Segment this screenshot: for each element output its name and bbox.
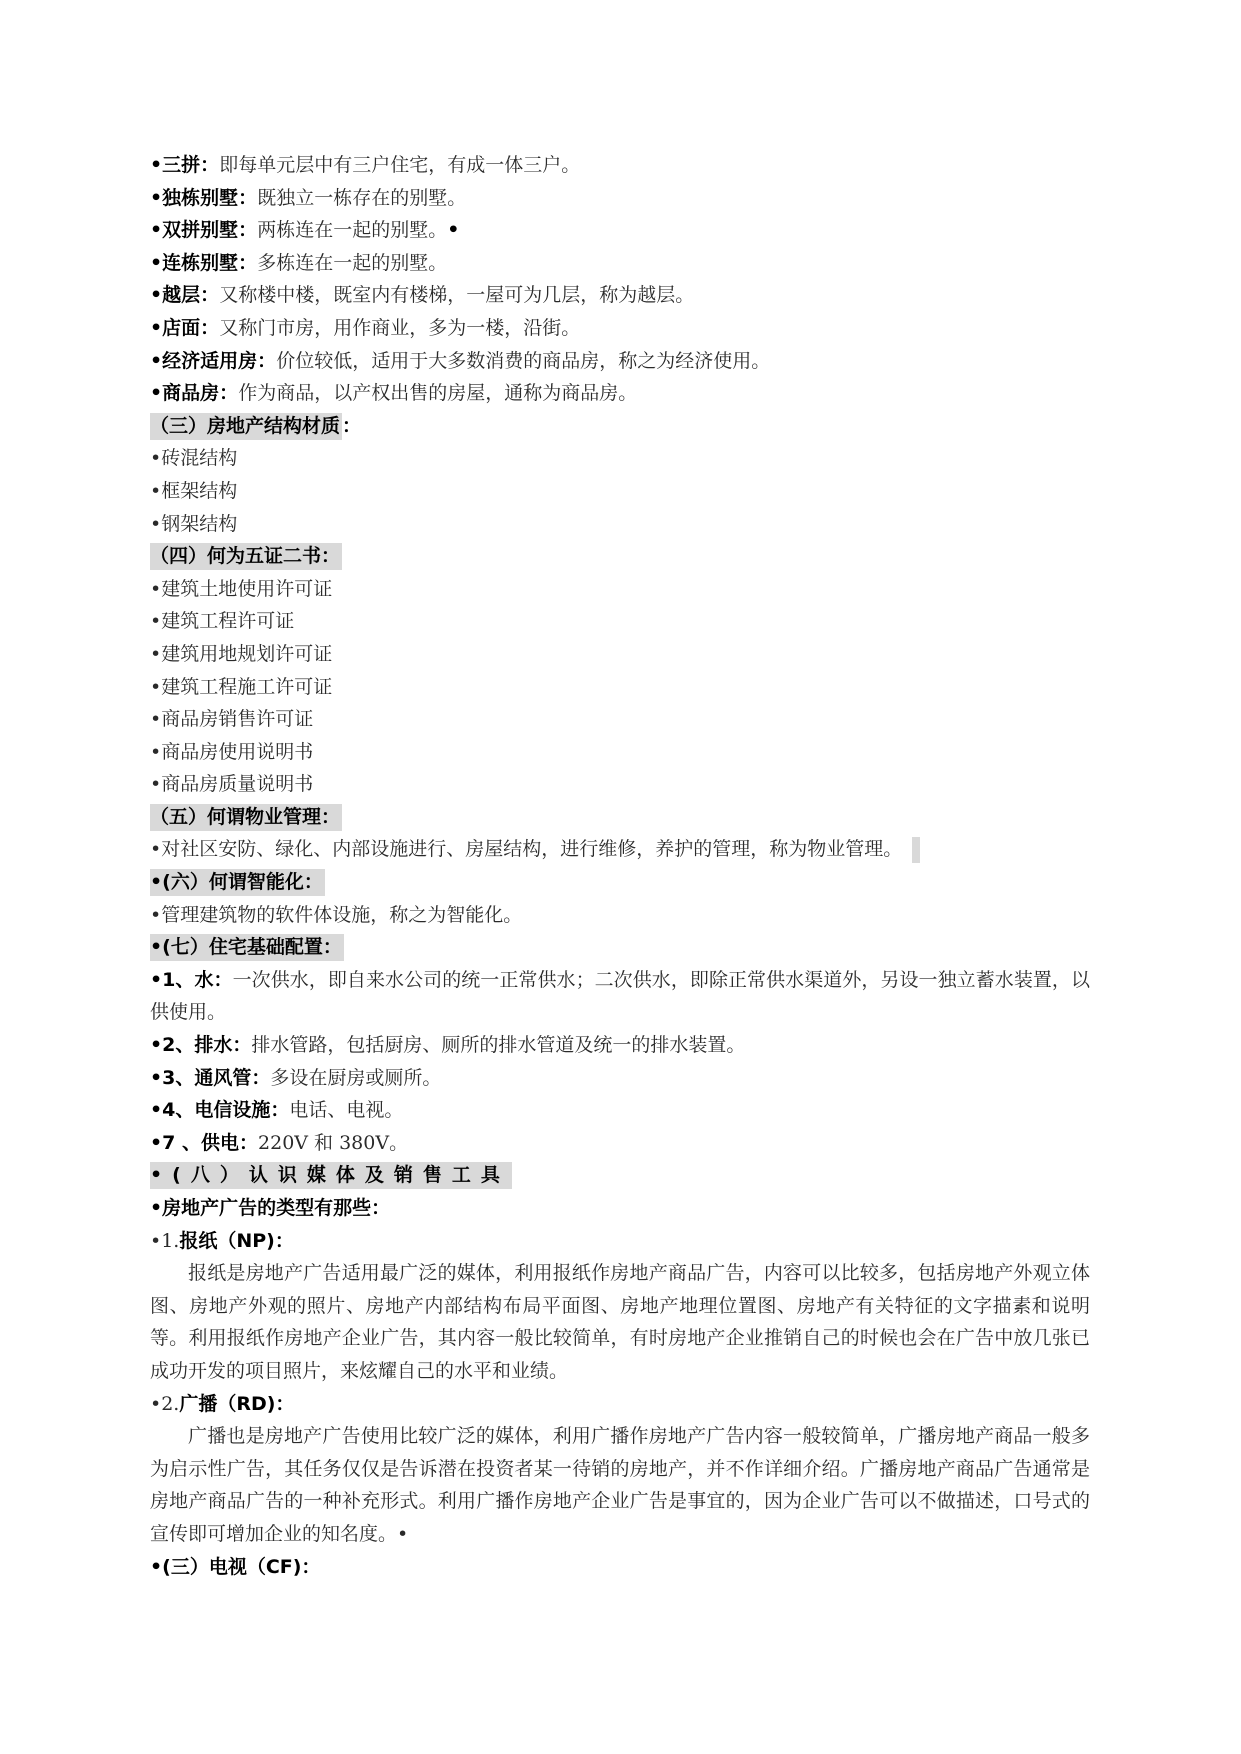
section-heading: •(六）何谓智能化： (150, 869, 325, 896)
definition-term: 经济适用房 (162, 350, 257, 372)
section-heading: （五）何谓物业管理： (150, 804, 342, 831)
bullet: • (150, 154, 162, 176)
document-page: •三拼：即每单元层中有三户住宅，有成一体三户。 •独栋别墅：既独立一栋存在的别墅… (150, 149, 1090, 1583)
media-paragraph-radio: 广播也是房地产广告使用比较广泛的媒体，利用广播作房地产广告内容一般较简单，广播房… (150, 1420, 1090, 1550)
facility-item: •1、水：一次供水，即自来水公司的统一正常供水；二次供水，即除正常供水渠道外，另… (150, 964, 1090, 1029)
section-text: •对社区安防、绿化、内部设施进行、房屋结构，进行维修，养护的管理，称为物业管理。 (150, 833, 1090, 866)
definition-desc: 价位较低，适用于大多数消费的商品房，称之为经济使用。 (276, 350, 770, 372)
list-item: •商品房销售许可证 (150, 703, 1090, 736)
section-media-tools: •(八）认识媒体及销售工具 •房地产广告的类型有那些： •1.报纸（NP)： 报… (150, 1159, 1090, 1583)
section-heading: （四）何为五证二书： (150, 543, 342, 570)
list-item: •建筑工程施工许可证 (150, 671, 1090, 704)
facility-item: •7 、供电：220V 和 380V。 (150, 1127, 1090, 1160)
section-heading: •(七）住宅基础配置： (150, 934, 344, 961)
section-heading: •(八）认识媒体及销售工具 (150, 1162, 512, 1189)
definition-term: 双拼别墅 (162, 219, 238, 241)
facility-item: •2、排水：排水管路，包括厨房、厕所的排水管道及统一的排水装置。 (150, 1029, 1090, 1062)
definition-desc: 作为商品，以产权出售的房屋，通称为商品房。 (238, 382, 637, 404)
section-basic-facilities: •(七）住宅基础配置： •1、水：一次供水，即自来水公司的统一正常供水；二次供水… (150, 931, 1090, 1159)
media-title-radio: •2.广播（RD)： (150, 1388, 1090, 1421)
section-property-management: （五）何谓物业管理： •对社区安防、绿化、内部设施进行、房屋结构，进行维修，养护… (150, 801, 1090, 866)
definition-item: •三拼：即每单元层中有三户住宅，有成一体三户。 (150, 149, 1090, 182)
list-item: •建筑工程许可证 (150, 605, 1090, 638)
definition-item: •双拼别墅：两栋连在一起的别墅。• (150, 214, 1090, 247)
definition-item: •连栋别墅：多栋连在一起的别墅。 (150, 247, 1090, 280)
list-item: •砖混结构 (150, 442, 1090, 475)
definition-term: 三拼 (162, 154, 200, 176)
highlight-marker (912, 837, 920, 863)
definition-term: 连栋别墅 (162, 252, 238, 274)
definition-item: •越层：又称楼中楼，既室内有楼梯，一屋可为几层，称为越层。 (150, 279, 1090, 312)
definition-desc: 既独立一栋存在的别墅。 (257, 187, 466, 209)
media-title-newspaper: •1.报纸（NP)： (150, 1225, 1090, 1258)
facility-item: •3、通风管：多设在厨房或厕所。 (150, 1062, 1090, 1095)
definition-item: •独栋别墅：既独立一栋存在的别墅。 (150, 182, 1090, 215)
definition-list: •三拼：即每单元层中有三户住宅，有成一体三户。 •独栋别墅：既独立一栋存在的别墅… (150, 149, 1090, 410)
section-intelligence: •(六）何谓智能化： •管理建筑物的软件体设施，称之为智能化。 (150, 866, 1090, 931)
definition-desc: 又称楼中楼，既室内有楼梯，一屋可为几层，称为越层。 (219, 284, 694, 306)
section-heading: （三）房地产结构材质 (150, 413, 342, 440)
definition-term: 越层 (162, 284, 200, 306)
media-title-tv: •(三）电视（CF)： (150, 1551, 1090, 1584)
definition-desc: 即每单元层中有三户住宅，有成一体三户。 (219, 154, 580, 176)
section-five-certificates: （四）何为五证二书： •建筑土地使用许可证 •建筑工程许可证 •建筑用地规划许可… (150, 540, 1090, 801)
subheading: •房地产广告的类型有那些： (150, 1192, 1090, 1225)
list-item: •框架结构 (150, 475, 1090, 508)
section-text: •管理建筑物的软件体设施，称之为智能化。 (150, 899, 1090, 932)
definition-term: 店面 (162, 317, 200, 339)
definition-desc: 两栋连在一起的别墅。 (257, 219, 447, 241)
definition-item: •店面：又称门市房，用作商业，多为一楼，沿街。 (150, 312, 1090, 345)
list-item: •建筑土地使用许可证 (150, 573, 1090, 606)
list-item: •商品房质量说明书 (150, 768, 1090, 801)
definition-desc: 多栋连在一起的别墅。 (257, 252, 447, 274)
definition-desc: 又称门市房，用作商业，多为一楼，沿街。 (219, 317, 580, 339)
definition-item: •商品房：作为商品，以产权出售的房屋，通称为商品房。 (150, 377, 1090, 410)
section-structure-materials: （三）房地产结构材质： •砖混结构 •框架结构 •钢架结构 (150, 410, 1090, 540)
facility-item: •4、电信设施：电话、电视。 (150, 1094, 1090, 1127)
list-item: •商品房使用说明书 (150, 736, 1090, 769)
media-paragraph-newspaper: 报纸是房地产广告适用最广泛的媒体，利用报纸作房地产商品广告，内容可以比较多，包括… (150, 1257, 1090, 1387)
definition-item: •经济适用房：价位较低，适用于大多数消费的商品房，称之为经济使用。 (150, 345, 1090, 378)
list-item: •钢架结构 (150, 508, 1090, 541)
definition-term: 独栋别墅 (162, 187, 238, 209)
definition-term: 商品房 (162, 382, 219, 404)
list-item: •建筑用地规划许可证 (150, 638, 1090, 671)
